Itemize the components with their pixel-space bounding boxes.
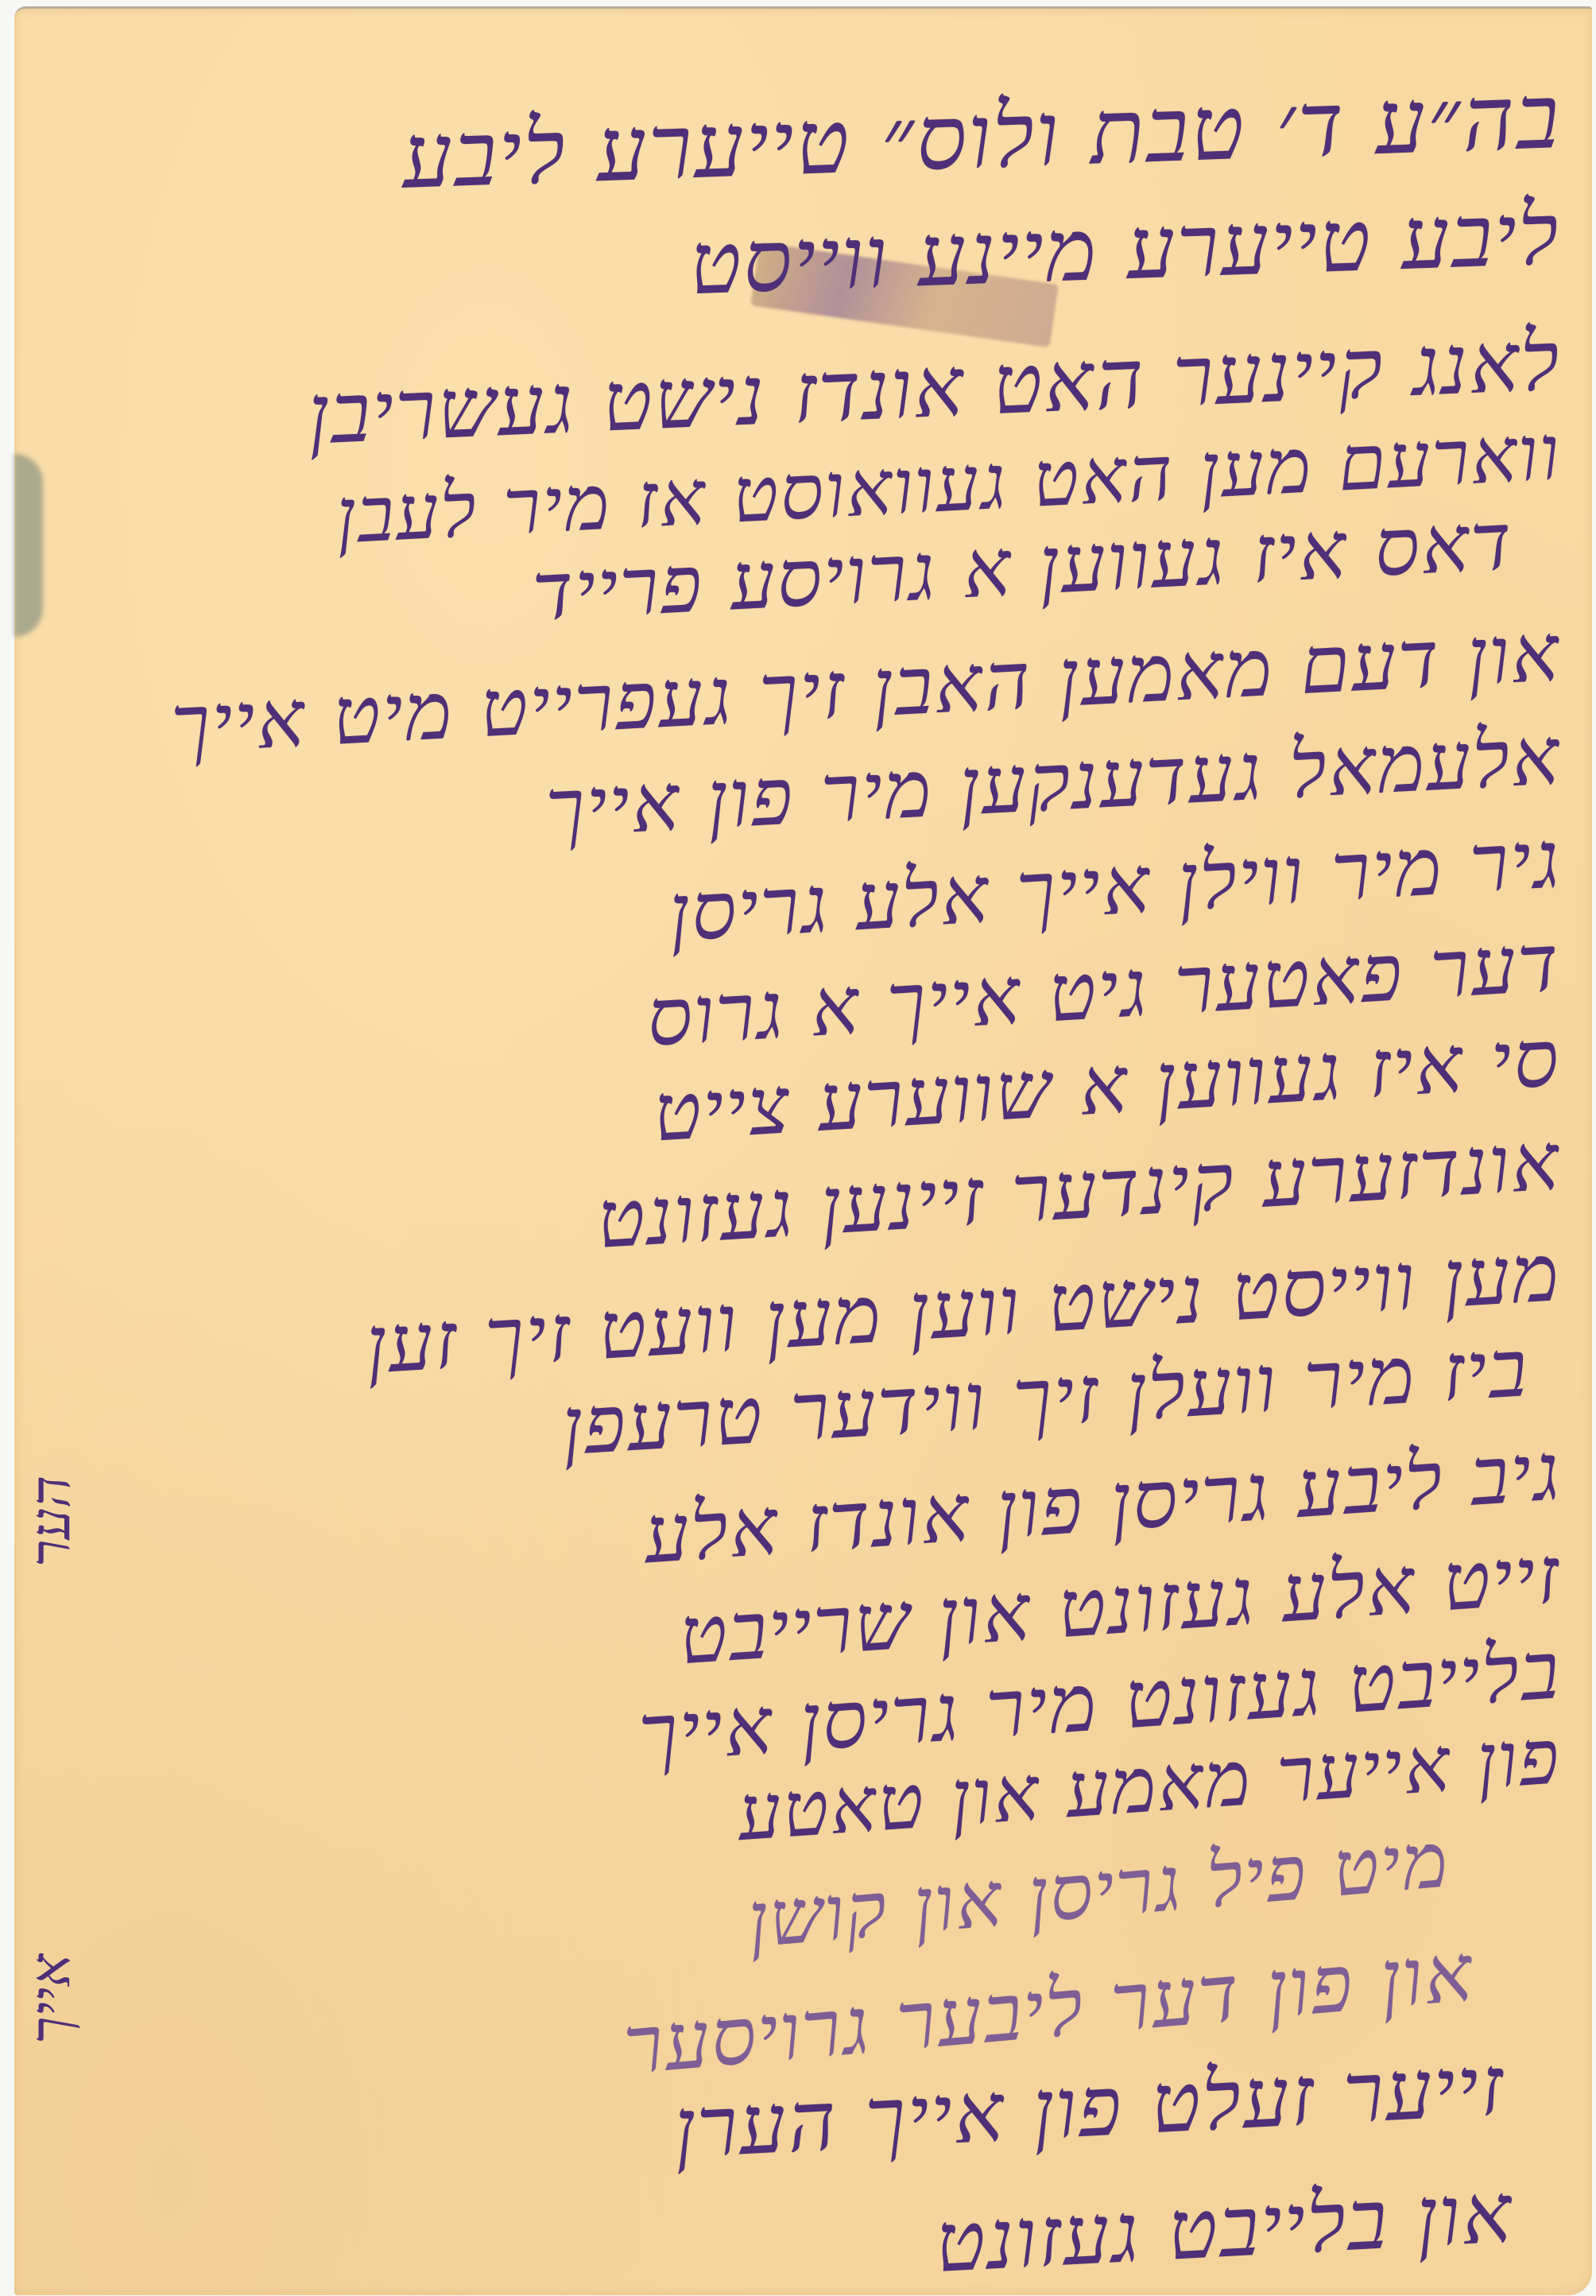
margin-note: הער bbox=[22, 1476, 78, 1567]
header-date-line: בה״ע ד׳ טבת ולוס״ טייערע ליבע bbox=[401, 72, 1562, 202]
letter-line: ליבע טייערע מיינע ווייסט bbox=[688, 192, 1562, 308]
margin-note: אייך bbox=[22, 1954, 78, 2044]
postcard-paper: בה״ע ד׳ טבת ולוס״ טייערע ליבע ליבע טייער… bbox=[14, 6, 1592, 2295]
letter-line: און בלייבט געזונט bbox=[933, 2171, 1515, 2284]
letter-body: בה״ע ד׳ טבת ולוס״ טייערע ליבע ליבע טייער… bbox=[14, 9, 1592, 2295]
